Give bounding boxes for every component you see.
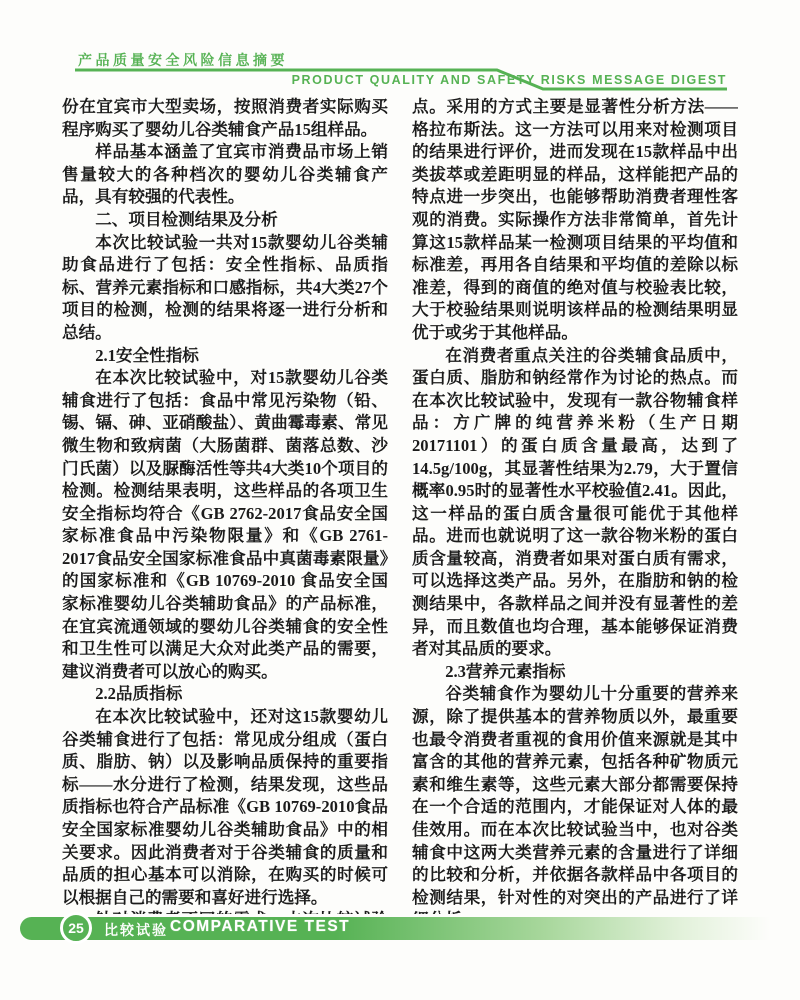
section-heading: 2.1安全性指标 xyxy=(62,345,388,368)
paragraph: 在本次比较试验中，对15款婴幼儿谷类辅食进行了包括：食品中常见污染物（铅、锡、镉… xyxy=(62,367,388,683)
section-heading: 2.3营养元素指标 xyxy=(412,661,738,684)
footer-label-cn: 比较试验 xyxy=(104,920,168,940)
section-heading: 2.2品质指标 xyxy=(62,683,388,706)
footer-label-en: COMPARATIVE TEST xyxy=(170,918,350,936)
paragraph: 样品基本涵盖了宜宾市消费品市场上销售量较大的各种档次的婴幼儿谷类辅食产品，具有较… xyxy=(62,141,388,209)
header-title-cn: 产品质量安全风险信息摘要 xyxy=(78,50,288,70)
section-heading: 二、项目检测结果及分析 xyxy=(62,209,388,232)
paragraph: 在本次比较试验中，还对这15款婴幼儿谷类辅食进行了包括：常见成分组成（蛋白质、脂… xyxy=(62,706,388,909)
paragraph: 本次比较试验一共对15款婴幼儿谷类辅助食品进行了包括：安全性指标、品质指标、营养… xyxy=(62,232,388,345)
magazine-page: 产品质量安全风险信息摘要 PRODUCT QUALITY AND SAFETY … xyxy=(0,0,800,1000)
article-body: 份在宜宾市大型卖场，按照消费者实际购买程序购买了婴幼儿谷类辅食产品15组样品。样… xyxy=(62,96,738,914)
paragraph: 针对消费者不同的需求，本次比较试验重点分析了各款样品在营养品质上的差异和特 xyxy=(62,909,388,914)
page-number-badge: 25 xyxy=(60,912,92,944)
article-column-right: 点。采用的方式主要是显著性分析方法——格拉布斯法。这一方法可以用来对检测项目的结… xyxy=(412,96,738,914)
header-title-en: PRODUCT QUALITY AND SAFETY RISKS MESSAGE… xyxy=(292,73,727,87)
paragraph: 在消费者重点关注的谷类辅食品质中，蛋白质、脂肪和钠经常作为讨论的热点。而在本次比… xyxy=(412,345,738,661)
paragraph: 点。采用的方式主要是显著性分析方法——格拉布斯法。这一方法可以用来对检测项目的结… xyxy=(412,96,738,345)
paragraph: 谷类辅食作为婴幼儿十分重要的营养来源，除了提供基本的营养物质以外，最重要也最令消… xyxy=(412,683,738,914)
article-column-left: 份在宜宾市大型卖场，按照消费者实际购买程序购买了婴幼儿谷类辅食产品15组样品。样… xyxy=(62,96,388,914)
paragraph: 份在宜宾市大型卖场，按照消费者实际购买程序购买了婴幼儿谷类辅食产品15组样品。 xyxy=(62,96,388,141)
